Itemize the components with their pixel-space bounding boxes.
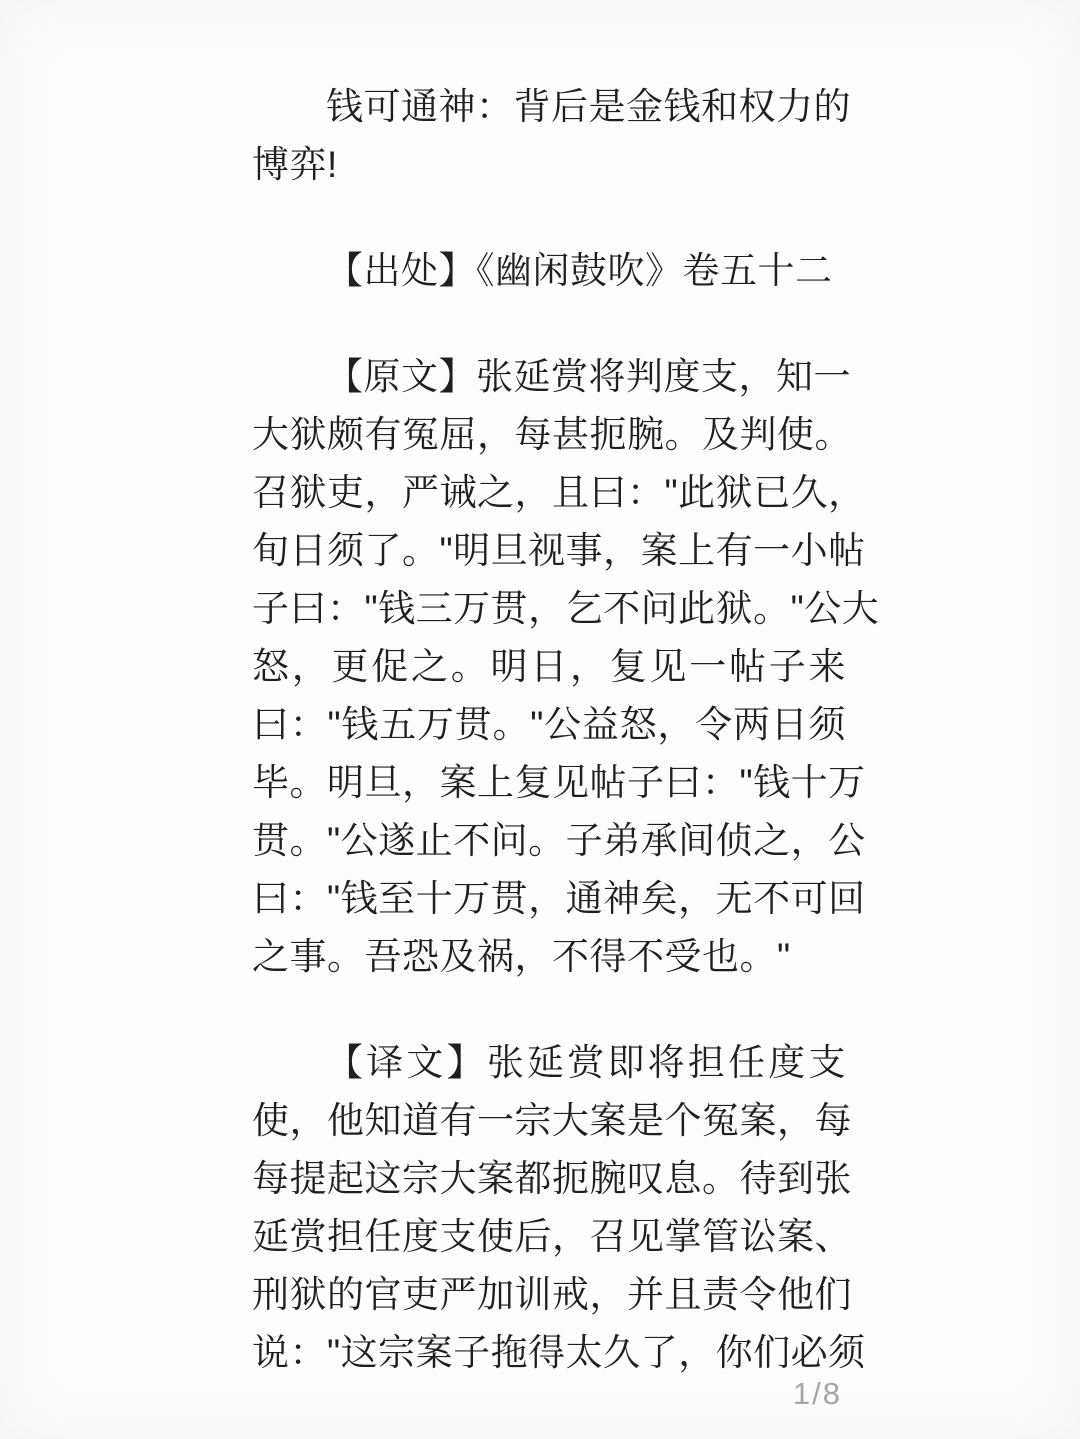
text-line: 钱可通神：背后是金钱和权力的	[252, 78, 846, 136]
text-line: 博弈!	[252, 136, 846, 194]
page: { "page": { "colors": { "background": "#…	[0, 0, 1080, 1439]
text-line: 延赏担任度支使后，召见掌管讼案、	[252, 1208, 846, 1266]
paragraph-translation: 【译文】张延赏即将担任度支使，他知道有一宗大案是个冤案，每每提起这宗大案都扼腕叹…	[252, 1034, 846, 1382]
text-line: 贯。"公遂止不问。子弟承间侦之，公	[252, 812, 846, 870]
text-line: 每提起这宗大案都扼腕叹息。待到张	[252, 1150, 846, 1208]
text-line: 召狱吏，严诫之，且曰："此狱已久，	[252, 464, 846, 522]
paragraph-source: 【出处】《幽闲鼓吹》卷五十二	[252, 242, 846, 300]
text-line: 【译文】张延赏即将担任度支	[252, 1034, 846, 1092]
text-line: 【原文】张延赏将判度支，知一	[252, 348, 846, 406]
paragraph-original-text: 【原文】张延赏将判度支，知一大狱颇有冤屈，每甚扼腕。及判使。召狱吏，严诫之，且曰…	[252, 348, 846, 986]
text-line: 旬日须了。"明旦视事，案上有一小帖	[252, 522, 846, 580]
page-indicator: 1/8	[793, 1374, 842, 1414]
text-line: 曰："钱五万贯。"公益怒，令两日须	[252, 696, 846, 754]
article-content: 钱可通神：背后是金钱和权力的博弈!【出处】《幽闲鼓吹》卷五十二【原文】张延赏将判…	[252, 78, 846, 1382]
text-line: 说："这宗案子拖得太久了，你们必须	[252, 1324, 846, 1382]
paragraph-title: 钱可通神：背后是金钱和权力的博弈!	[252, 78, 846, 194]
text-line: 大狱颇有冤屈，每甚扼腕。及判使。	[252, 406, 846, 464]
text-line: 曰："钱至十万贯，通神矣，无不可回	[252, 870, 846, 928]
text-line: 刑狱的官吏严加训戒，并且责令他们	[252, 1266, 846, 1324]
text-line: 之事。吾恐及祸，不得不受也。"	[252, 928, 846, 986]
text-line: 【出处】《幽闲鼓吹》卷五十二	[252, 242, 846, 300]
text-line: 使，他知道有一宗大案是个冤案，每	[252, 1092, 846, 1150]
text-line: 毕。明旦，案上复见帖子曰："钱十万	[252, 754, 846, 812]
text-line: 子曰："钱三万贯，乞不问此狱。"公大	[252, 580, 846, 638]
text-line: 怒，更促之。明日，复见一帖子来	[252, 638, 846, 696]
